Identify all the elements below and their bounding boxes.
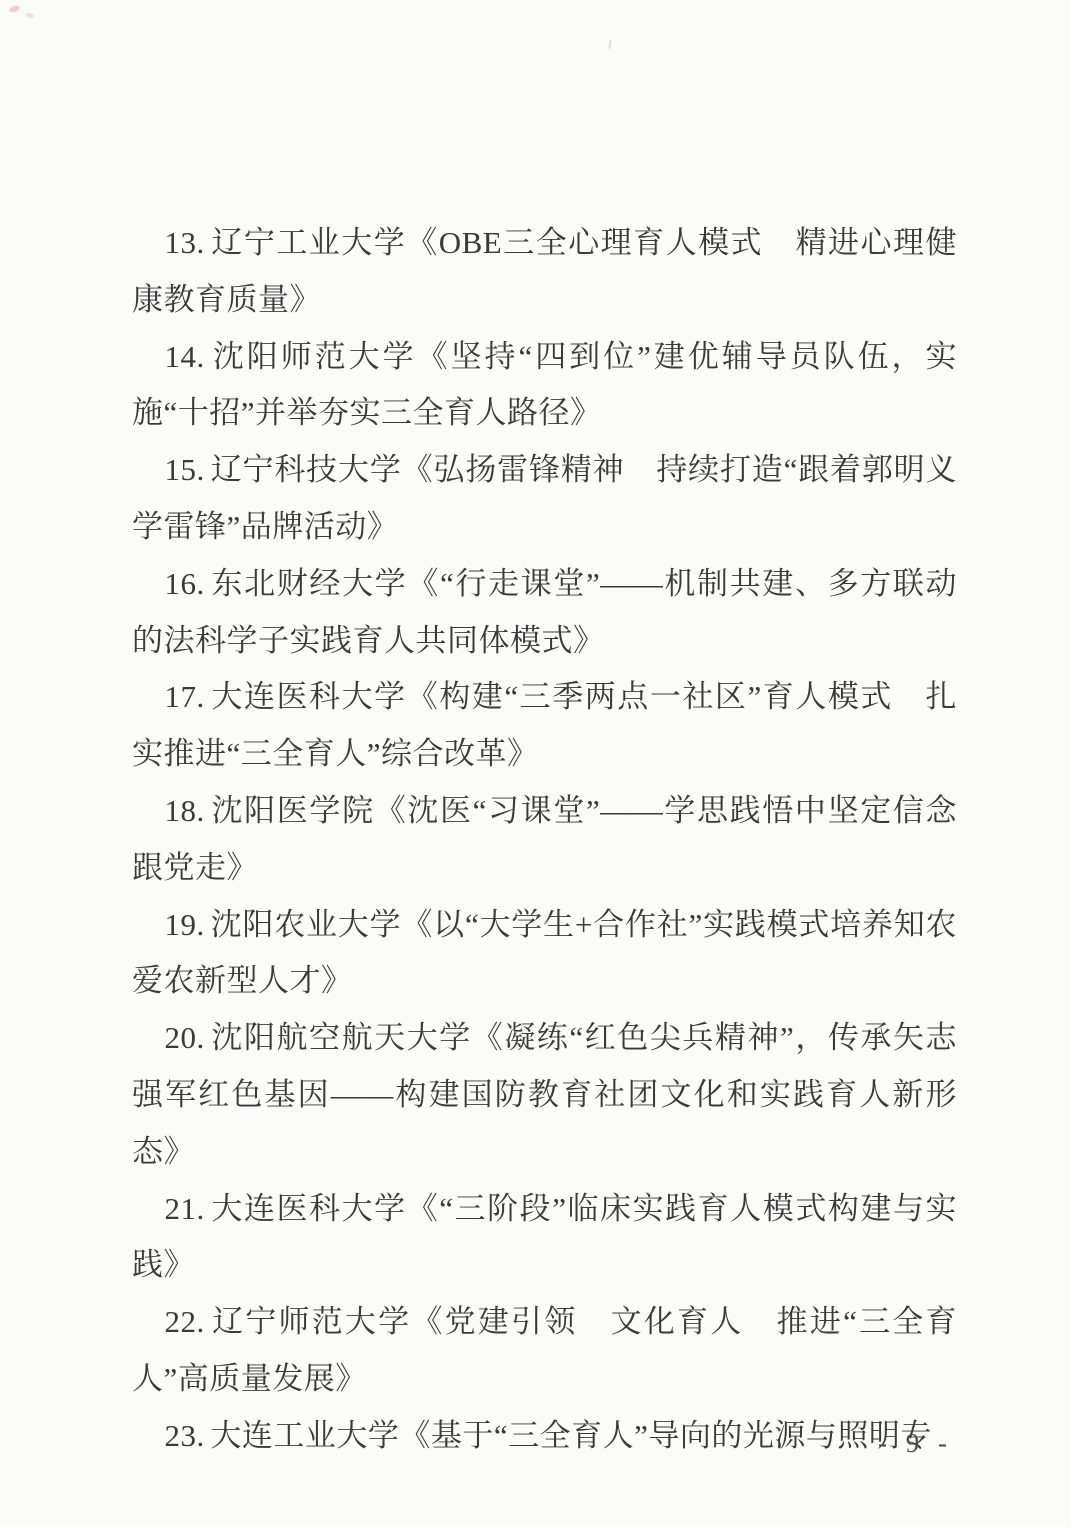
page-number: - 9 - xyxy=(878,1428,953,1459)
list-item: 21.大连医科大学《“三阶段”临床实践育人模式构建与实践》 xyxy=(132,1181,957,1295)
item-number: 16. xyxy=(165,566,211,601)
scan-artifact-speck xyxy=(8,4,20,13)
item-number: 20. xyxy=(165,1020,211,1055)
list-item: 16.东北财经大学《“行走课堂”——机制共建、多方联动的法科学子实践育人共同体模… xyxy=(132,556,957,670)
award-list: 13.辽宁工业大学《OBE三全心理育人模式 精进心理健康教育质量》 14.沈阳师… xyxy=(132,215,957,1465)
item-number: 21. xyxy=(165,1191,211,1226)
item-number: 23. xyxy=(165,1418,211,1453)
item-number: 17. xyxy=(165,679,211,714)
list-item: 18.沈阳医学院《沈医“习课堂”——学思践悟中坚定信念跟党走》 xyxy=(132,783,957,897)
list-item: 13.辽宁工业大学《OBE三全心理育人模式 精进心理健康教育质量》 xyxy=(132,215,957,329)
item-number: 22. xyxy=(165,1304,211,1339)
item-university: 沈阳农业大学 xyxy=(210,907,401,942)
item-title: 《基于“三全育人”导向的光源与照明专 xyxy=(399,1418,932,1453)
item-university: 辽宁科技大学 xyxy=(210,452,401,487)
list-item: 19.沈阳农业大学《以“大学生+合作社”实践模式培养知农爱农新型人才》 xyxy=(132,897,957,1011)
item-number: 18. xyxy=(165,793,211,828)
item-university: 沈阳航空航天大学 xyxy=(210,1020,471,1055)
item-university: 沈阳医学院 xyxy=(210,793,374,828)
item-university: 辽宁工业大学 xyxy=(210,225,406,260)
item-university: 大连工业大学 xyxy=(210,1418,399,1453)
list-item: 17.大连医科大学《构建“三季两点一社区”育人模式 扎实推进“三全育人”综合改革… xyxy=(132,669,957,783)
list-item: 22.辽宁师范大学《党建引领 文化育人 推进“三全育人”高质量发展》 xyxy=(132,1294,957,1408)
scan-artifact-speck xyxy=(608,40,611,49)
list-item: 23.大连工业大学《基于“三全育人”导向的光源与照明专 xyxy=(132,1408,957,1465)
document-page: 13.辽宁工业大学《OBE三全心理育人模式 精进心理健康教育质量》 14.沈阳师… xyxy=(0,0,1071,1527)
scan-artifact-speck xyxy=(26,12,35,19)
item-university: 大连医科大学 xyxy=(210,1191,406,1226)
item-number: 15. xyxy=(165,452,211,487)
item-university: 大连医科大学 xyxy=(210,679,406,714)
list-item: 20.沈阳航空航天大学《凝练“红色尖兵精神”，传承矢志强军红色基因——构建国防教… xyxy=(132,1010,957,1180)
item-number: 19. xyxy=(165,907,211,942)
item-university: 东北财经大学 xyxy=(210,566,407,601)
list-item: 14.沈阳师范大学《坚持“四到位”建优辅导员队伍，实施“十招”并举夯实三全育人路… xyxy=(132,329,957,443)
item-number: 13. xyxy=(165,225,211,260)
item-number: 14. xyxy=(165,339,211,374)
item-university: 沈阳师范大学 xyxy=(210,339,416,374)
list-item: 15.辽宁科技大学《弘扬雷锋精神 持续打造“跟着郭明义学雷锋”品牌活动》 xyxy=(132,442,957,556)
item-university: 辽宁师范大学 xyxy=(210,1304,411,1339)
